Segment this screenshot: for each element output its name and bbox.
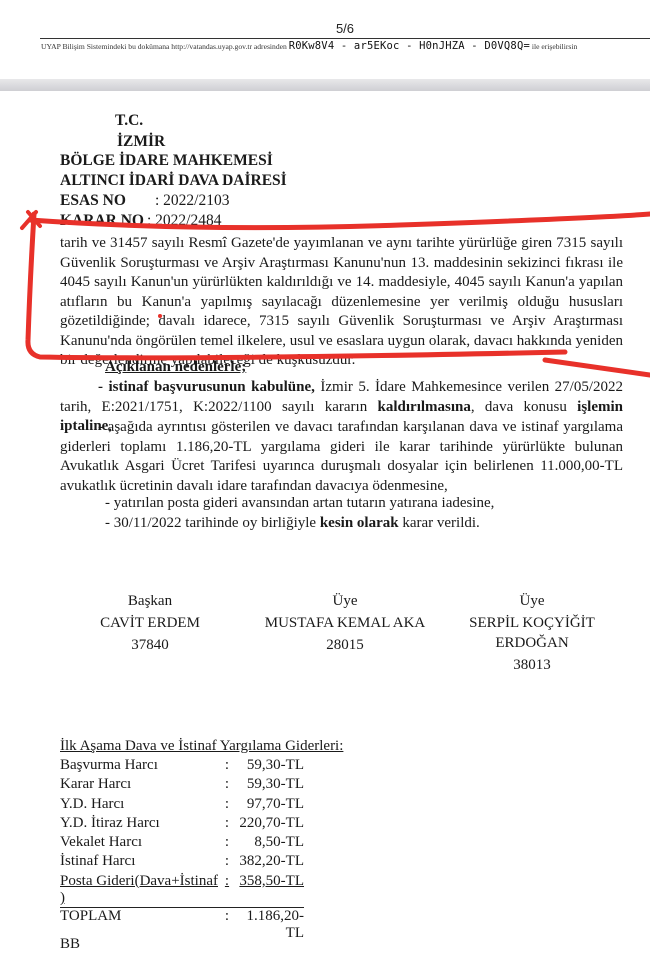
cost-row: Başvurma Harcı:59,30-TL: [60, 757, 304, 776]
item4-bold: kesin olarak: [320, 515, 399, 531]
item1-text2: , dava konusu: [471, 399, 577, 415]
karar-label: KARAR NO: [60, 212, 147, 230]
footer-suffix: ile erişebilirsin: [532, 42, 577, 51]
cost-label: Vekalet Harcı: [60, 834, 220, 853]
cost-separator: :: [220, 776, 234, 795]
cost-value: 59,30-TL: [234, 776, 304, 795]
cost-value: 382,20-TL: [234, 853, 304, 872]
cost-row: TOPLAM:1.186,20-TL: [60, 907, 304, 942]
cost-row: Posta Gideri(Dava+İstinaf ):358,50-TL: [60, 873, 304, 908]
footer-divider: [40, 38, 650, 39]
cost-label: Karar Harcı: [60, 776, 220, 795]
reasons-heading: Açıklanan nedenlerle;: [105, 359, 246, 376]
signature-member-1: Üye MUSTAFA KEMAL AKA 28015: [245, 591, 445, 655]
cost-label: Başvurma Harcı: [60, 757, 220, 776]
cost-value: 97,70-TL: [234, 796, 304, 815]
access-code: R0Kw8V4 - ar5EKoc - H0nJHZA - D0VQ8Q=: [289, 40, 530, 52]
cost-value: 358,50-TL: [234, 873, 304, 908]
sig-name: CAVİT ERDEM: [50, 613, 250, 633]
signature-president: Başkan CAVİT ERDEM 37840: [50, 591, 250, 655]
tc-heading: T.C.: [115, 112, 143, 130]
cost-separator: :: [220, 907, 234, 942]
sig-role: Üye: [245, 591, 445, 611]
sig-role: Başkan: [50, 591, 250, 611]
cost-label: Posta Gideri(Dava+İstinaf ): [60, 873, 220, 908]
esas-no: ESAS NO: 2022/2103: [60, 192, 230, 210]
item1-bold2: kaldırılmasına: [378, 399, 471, 415]
cost-separator: :: [220, 815, 234, 834]
cost-title: İlk Aşama Dava ve İstinaf Yargılama Gide…: [60, 738, 343, 755]
cost-row: Y.D. Harcı:97,70-TL: [60, 796, 304, 815]
cost-label: TOPLAM: [60, 907, 220, 942]
esas-label: ESAS NO: [60, 192, 155, 210]
ruling-item-3: - yatırılan posta gideri avansından arta…: [105, 495, 494, 512]
cost-separator: :: [220, 757, 234, 776]
sig-name-2: ERDOĞAN: [432, 633, 632, 653]
item4-text: - 30/11/2022 tarihinde oy birliğiyle: [105, 515, 320, 531]
sig-id: 28015: [245, 635, 445, 655]
cost-row: İstinaf Harcı:382,20-TL: [60, 853, 304, 872]
cost-value: 1.186,20-TL: [234, 907, 304, 942]
footer-prefix: UYAP Bilişim Sistemindeki bu dokümana ht…: [41, 42, 287, 51]
page-number: 5/6: [0, 21, 650, 36]
cost-table: Başvurma Harcı:59,30-TLKarar Harcı:59,30…: [60, 757, 304, 942]
cost-label: Y.D. İtiraz Harcı: [60, 815, 220, 834]
city-heading: İZMİR: [117, 133, 165, 151]
ruling-item-2: - aşağıda ayrıntısı gösterilen ve davacı…: [60, 418, 623, 496]
signature-member-2: Üye SERPİL KOÇYİĞİT ERDOĞAN 38013: [432, 591, 632, 675]
highlighted-paragraph: tarih ve 31457 sayılı Resmî Gazete'de ya…: [60, 234, 623, 371]
cost-value: 8,50-TL: [234, 834, 304, 853]
cost-row: Karar Harcı:59,30-TL: [60, 776, 304, 795]
sig-name: SERPİL KOÇYİĞİT: [432, 613, 632, 633]
court-name: BÖLGE İDARE MAHKEMESİ: [60, 152, 273, 170]
cost-breakdown: İlk Aşama Dava ve İstinaf Yargılama Gide…: [60, 738, 343, 942]
cost-row: Y.D. İtiraz Harcı:220,70-TL: [60, 815, 304, 834]
cost-value: 59,30-TL: [234, 757, 304, 776]
cost-separator: :: [220, 873, 234, 908]
cost-label: Y.D. Harcı: [60, 796, 220, 815]
court-chamber: ALTINCI İDARİ DAVA DAİRESİ: [60, 172, 287, 190]
sig-id: 38013: [432, 655, 632, 675]
initials: BB: [60, 936, 80, 953]
karar-value: : 2022/2484: [147, 212, 222, 229]
cost-label: İstinaf Harcı: [60, 853, 220, 872]
sig-id: 37840: [50, 635, 250, 655]
ruling-item-4: - 30/11/2022 tarihinde oy birliğiyle kes…: [105, 515, 480, 532]
cost-separator: :: [220, 853, 234, 872]
uyap-footer: UYAP Bilişim Sistemindeki bu dokümana ht…: [41, 40, 577, 52]
karar-no: KARAR NO: 2022/2484: [60, 212, 222, 230]
sig-name: MUSTAFA KEMAL AKA: [245, 613, 445, 633]
cost-value: 220,70-TL: [234, 815, 304, 834]
item4-text2: karar verildi.: [399, 515, 480, 531]
cost-separator: :: [220, 834, 234, 853]
sig-role: Üye: [432, 591, 632, 611]
page-separator: [0, 79, 650, 91]
cost-separator: :: [220, 796, 234, 815]
esas-value: : 2022/2103: [155, 192, 230, 209]
item1-bold: - istinaf başvurusunun kabulüne,: [98, 379, 315, 395]
cost-row: Vekalet Harcı:8,50-TL: [60, 834, 304, 853]
